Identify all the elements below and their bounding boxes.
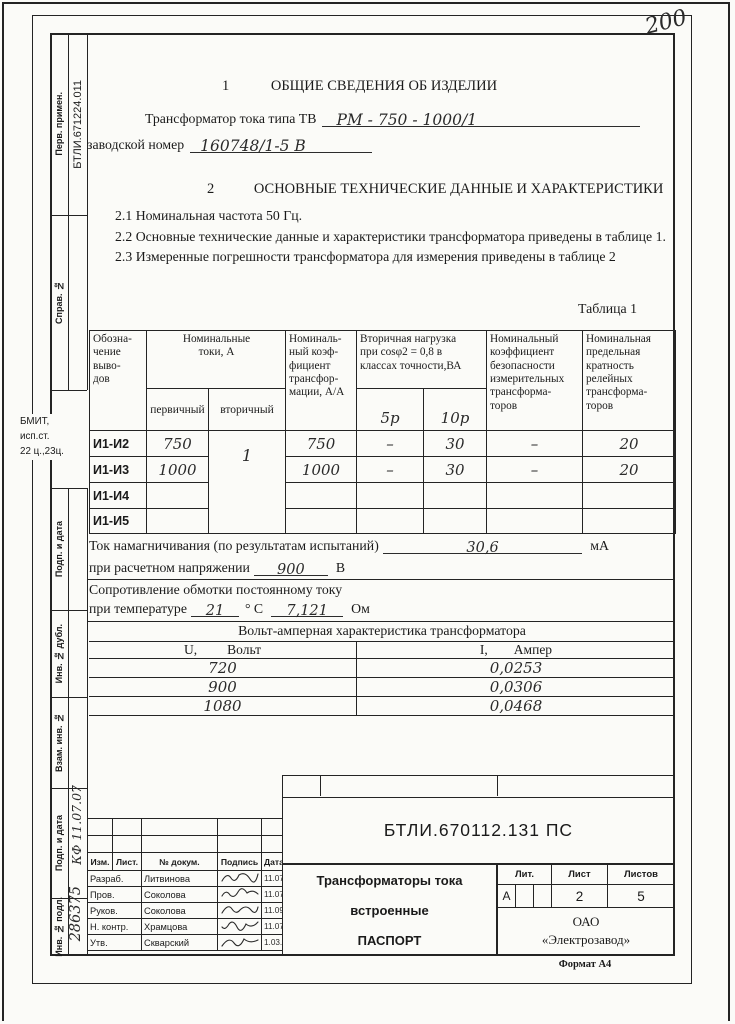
organization-cell: ОАО «Электрозавод» — [498, 908, 674, 954]
section1-title: ОБЩИЕ СВЕДЕНИЯ ОБ ИЗДЕЛИИ — [271, 78, 497, 94]
serial-number-line: заводской номер 160748/1-5 В — [87, 134, 640, 153]
temperature-label: при температуре — [89, 601, 187, 617]
signature — [218, 871, 262, 887]
table1-header-ratio: Номиналь- ный коэф- фициент трансфор- ма… — [286, 331, 357, 431]
scan-edge-top — [2, 2, 730, 4]
product-name-line1: Трансформаторы тока — [317, 873, 463, 888]
signature — [218, 903, 262, 919]
section2-number: 2 — [207, 181, 214, 197]
form-rule — [87, 621, 675, 622]
sidebar-label-sprav: Справ. № — [54, 281, 64, 324]
design-voltage-value: 900 — [277, 562, 305, 578]
signature — [218, 887, 262, 903]
sheet-number: 2 — [552, 885, 608, 907]
vac-table: U, Вольт I, Ампер 720 0,0253 900 0,0306 … — [89, 641, 675, 716]
organization-line1: ОАО — [573, 913, 600, 931]
transformer-type-line: Трансформатор тока типа ТВ РМ - 750 - 10… — [87, 108, 640, 127]
table1-header-primary: первичный — [147, 389, 209, 431]
sidebar-label-podp-data-1: Подп. и дата — [54, 521, 64, 577]
titleblock-empty-row — [88, 819, 283, 836]
column-date: Дата — [262, 853, 283, 871]
signature-row: Утв. Скварский 1.03.07 — [88, 935, 283, 951]
form-rule — [87, 579, 675, 580]
table1-header-10p: 10р — [424, 389, 487, 431]
signature — [218, 935, 262, 951]
scanned-passport-page: 200 Перв. примен. БТЛИ.671224.011 Справ.… — [0, 0, 735, 1024]
total-sheets-number: 5 — [608, 885, 674, 907]
serial-number-label: заводской номер — [87, 137, 184, 153]
titleblock-strip-divider — [497, 776, 498, 796]
vac-title: Вольт-амперная характеристика трансформа… — [89, 623, 675, 639]
table1-row: И1-И5 — [90, 509, 676, 534]
titleblock-right-section: Лит. Лист Листов А 2 5 ОАО «Электрозавод… — [497, 864, 675, 956]
vac-i-label: I, — [480, 642, 488, 658]
temperature-resistance-line: при температуре 21 ° С 7,121 Ом — [89, 600, 419, 617]
design-voltage-unit: В — [336, 560, 345, 576]
table1-row: И1-И3 1000 1000 – 30 – 20 — [90, 457, 676, 483]
vac-i-unit: Ампер — [514, 642, 552, 658]
vac-u-label: U, — [184, 642, 197, 658]
document-designation: БТЛИ.670112.131 ПС — [282, 797, 675, 864]
table1-secondary-shared-value: 1 — [209, 431, 286, 534]
sidebar-handwritten-inventory-number: 286375 — [68, 886, 84, 941]
scan-edge-left — [2, 2, 4, 1021]
sidebar-label-podp-data-2: Подп. и дата — [54, 815, 64, 871]
titleblock-signature-table: Изм. Лист. № докум. Подпись Дата Разраб.… — [87, 818, 283, 951]
signature-row: Руков. Соколова 11.09.07 — [88, 903, 283, 919]
vac-data-row: 720 0,0253 — [89, 659, 675, 678]
table1-caption: Таблица 1 — [89, 301, 637, 317]
paragraph-2-3: 2.3 Измеренные погрешности трансформатор… — [89, 247, 672, 268]
transformer-type-label: Трансформатор тока типа ТВ — [145, 111, 316, 127]
serial-number-value: 160748/1-5 В — [200, 137, 306, 155]
column-doc: № докум. — [142, 853, 218, 871]
magnetizing-current-line: Ток намагничивания (по результатам испыт… — [89, 537, 609, 554]
design-voltage-label: при расчетном напряжении — [89, 560, 250, 576]
magnetizing-current-unit: мА — [590, 538, 609, 554]
table1-header-secondary: вторичный — [209, 389, 286, 431]
temperature-value: 21 — [206, 603, 224, 619]
format-note: Формат А4 — [520, 959, 650, 970]
vac-data-row: 1080 0,0468 — [89, 697, 675, 716]
resistance-unit: Ом — [351, 601, 370, 617]
titleblock-empty-row — [88, 836, 283, 853]
table1-header-safety: Номинальный коэффициент безопасности изм… — [487, 331, 583, 431]
column-sign: Подпись — [218, 853, 262, 871]
table1-header-5p: 5р — [357, 389, 424, 431]
technical-data-table: Обозна- чение выво- дов Номинальные токи… — [89, 330, 676, 534]
signature-row: Н. контр. Храмцова 11.07.07 — [88, 919, 283, 935]
document-title-cell: Трансформаторы тока встроенные ПАСПОРТ — [282, 864, 497, 956]
signature-row: Пров. Соколова 11.07.07 — [88, 887, 283, 903]
winding-resistance-label: Сопротивление обмотки постоянному току — [89, 582, 342, 598]
signature-row: Разраб. Литвинова 11.07.07 — [88, 871, 283, 887]
table1-row: И1-И2 750 1 750 – 30 – 20 — [90, 431, 676, 457]
table1-header-multiplicity: Номинальная предельная кратность релейны… — [583, 331, 676, 431]
transformer-type-value: РМ - 750 - 1000/1 — [336, 111, 477, 129]
lit-value: А — [498, 885, 516, 907]
signature — [218, 919, 262, 935]
table1-header-load: Вторичная нагрузка при cosφ2 = 0,8 в кла… — [357, 331, 487, 389]
sidebar-label-inv-dubl: Инв. № дубл. — [54, 624, 64, 683]
titleblock-top-strip — [282, 775, 675, 798]
vac-u-unit: Вольт — [227, 642, 261, 658]
sidebar-label-inv-podl: Инв. № подл. — [54, 897, 64, 957]
titleblock-strip-divider — [320, 776, 321, 796]
margin-stamp-note: БМИТ, исп.ст. 22 ц.,23ц. — [20, 414, 88, 460]
table1-header-terminals: Обозна- чение выво- дов — [90, 331, 147, 431]
vac-header-row: U, Вольт I, Ампер — [89, 642, 675, 659]
magnetizing-current-value: 30,6 — [466, 540, 498, 556]
lit-cell-2 — [516, 885, 534, 907]
temperature-unit: ° С — [245, 601, 263, 617]
column-list: Лист. — [113, 853, 142, 871]
sidebar-label-vzam-inv: Взам. инв. № — [54, 713, 64, 772]
total-sheets-label: Листов — [608, 865, 674, 884]
sheet-label: Лист — [552, 865, 608, 884]
lit-label: Лит. — [498, 865, 552, 884]
product-name-line2: встроенные — [350, 903, 428, 918]
magnetizing-current-label: Ток намагничивания (по результатам испыт… — [89, 538, 379, 554]
paragraph-2-2: 2.2 Основные технические данные и характ… — [89, 227, 672, 248]
paragraph-2-1: 2.1 Номинальная частота 50 Гц. — [89, 206, 672, 227]
vac-data-row: 900 0,0306 — [89, 678, 675, 697]
resistance-value: 7,121 — [286, 603, 328, 619]
titleblock-columns-header: Изм. Лист. № докум. Подпись Дата — [88, 853, 283, 871]
sidebar-divider — [50, 390, 87, 391]
sidebar-handwritten-date: КФ 11.07.07 — [69, 785, 84, 865]
scan-edge-right — [728, 2, 730, 1021]
section1-number: 1 — [222, 78, 229, 94]
sidebar-value-perv-primen: БТЛИ.671224.011 — [72, 80, 84, 169]
column-izm: Изм. — [88, 853, 113, 871]
table1-header-currents: Номинальные токи, А — [147, 331, 286, 389]
organization-line2: «Электрозавод» — [542, 931, 630, 949]
sidebar-label-perv-primen: Перв. примен. — [54, 92, 64, 156]
document-type: ПАСПОРТ — [358, 933, 422, 948]
lit-cell-3 — [534, 885, 552, 907]
section2-title: ОСНОВНЫЕ ТЕХНИЧЕСКИЕ ДАННЫЕ И ХАРАКТЕРИС… — [254, 181, 663, 197]
table1-row: И1-И4 — [90, 483, 676, 509]
design-voltage-line: при расчетном напряжении 900 В — [89, 559, 389, 576]
